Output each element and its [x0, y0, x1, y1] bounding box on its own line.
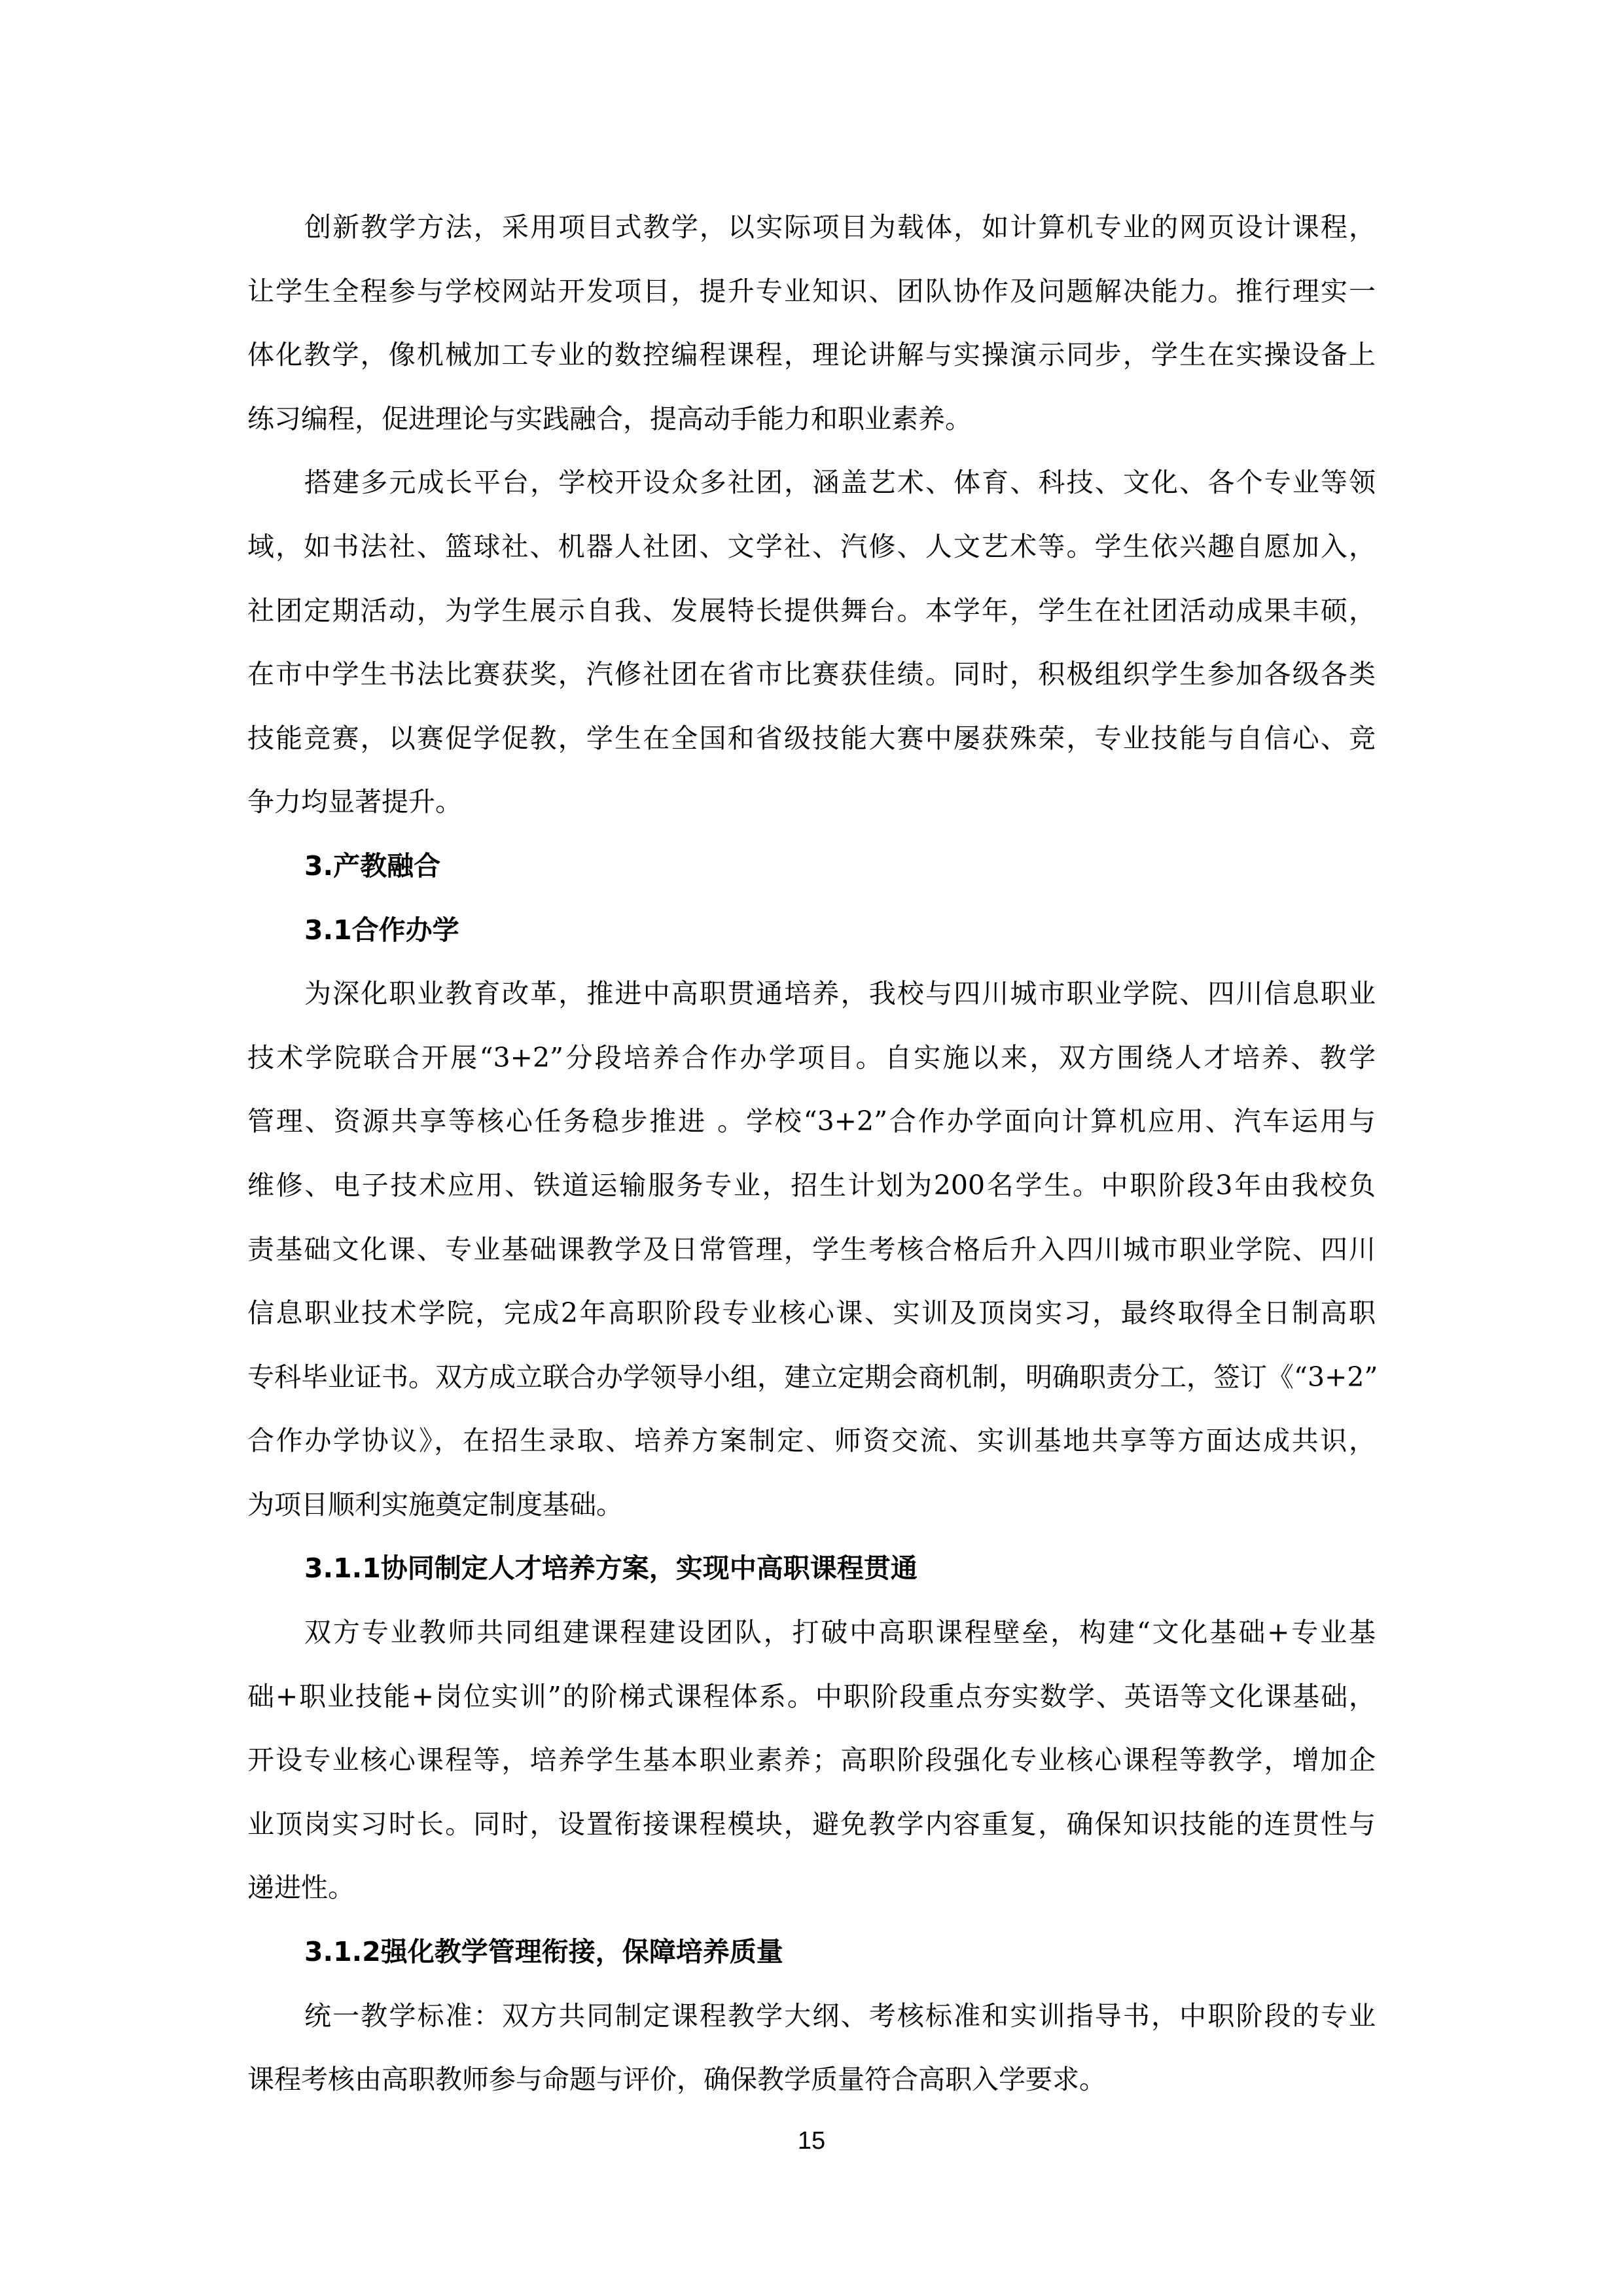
text-line: 管理、资源共享等核心任务稳步推进 。学校“3+2”合作办学面向计算机应用、汽车运…: [247, 1090, 1376, 1154]
text-line: 责基础文化课、专业基础课教学及日常管理，学生考核合格后升入四川城市职业学院、四川: [247, 1218, 1376, 1282]
text-line: 开设专业核心课程等，培养学生基本职业素养；高职阶段强化专业核心课程等教学，增加企: [247, 1729, 1376, 1793]
text-line: 为深化职业教育改革，推进中高职贯通培养，我校与四川城市职业学院、四川信息职业: [247, 962, 1376, 1026]
text-line: 维修、电子技术应用、铁道运输服务专业，招生计划为200名学生。中职阶段3年由我校…: [247, 1154, 1376, 1218]
text-line: 域，如书法社、篮球社、机器人社团、文学社、汽修、人文艺术等。学生依兴趣自愿加入，: [247, 515, 1376, 579]
text-line: 搭建多元成长平台，学校开设众多社团，涵盖艺术、体育、科技、文化、各个专业等领: [247, 451, 1376, 515]
text-line: 专科毕业证书。双方成立联合办学领导小组，建立定期会商机制，明确职责分工，签订《“…: [247, 1346, 1376, 1410]
text-line: 合作办学协议》，在招生录取、培养方案制定、师资交流、实训基地共享等方面达成共识，: [247, 1409, 1376, 1473]
paragraph-teaching-methods: 创新教学方法，采用项目式教学，以实际项目为载体，如计算机专业的网页设计课程， 让…: [247, 196, 1376, 451]
text-line: 递进性。: [247, 1856, 1376, 1920]
text-line: 信息职业技术学院，完成2年高职阶段专业核心课、实训及顶岗实习，最终取得全日制高职: [247, 1282, 1376, 1346]
text-line: 社团定期活动，为学生展示自我、发展特长提供舞台。本学年，学生在社团活动成果丰硕，: [247, 579, 1376, 643]
text-line: 课程考核由高职教师参与命题与评价，确保教学质量符合高职入学要求。: [247, 2048, 1376, 2112]
text-line: 技能竞赛，以赛促学促教，学生在全国和省级技能大赛中屡获殊荣，专业技能与自信心、竞: [247, 707, 1376, 771]
text-line: 创新教学方法，采用项目式教学，以实际项目为载体，如计算机专业的网页设计课程，: [247, 196, 1376, 260]
text-line: 统一教学标准：双方共同制定课程教学大纲、考核标准和实训指导书，中职阶段的专业: [247, 1984, 1376, 2049]
text-line: 让学生全程参与学校网站开发项目，提升专业知识、团队协作及问题解决能力。推行理实一: [247, 260, 1376, 324]
text-line: 础+职业技能+岗位实训”的阶梯式课程体系。中职阶段重点夯实数学、英语等文化课基础…: [247, 1665, 1376, 1729]
section-heading-3: 3.产教融合: [247, 834, 1376, 899]
section-heading-3-1-1: 3.1.1协同制定人才培养方案，实现中高职课程贯通: [247, 1537, 1376, 1601]
section-heading-3-1: 3.1合作办学: [247, 899, 1376, 963]
section-heading-3-1-2: 3.1.2强化教学管理衔接，保障培养质量: [247, 1920, 1376, 1984]
body-text: 创新教学方法，采用项目式教学，以实际项目为载体，如计算机专业的网页设计课程， 让…: [247, 196, 1376, 2112]
page-number: 15: [0, 2127, 1623, 2155]
text-line: 技术学院联合开展“3+2”分段培养合作办学项目。自实施以来，双方围绕人才培养、教…: [247, 1026, 1376, 1090]
paragraph-growth-platform: 搭建多元成长平台，学校开设众多社团，涵盖艺术、体育、科技、文化、各个专业等领 域…: [247, 451, 1376, 834]
text-line: 为项目顺利实施奠定制度基础。: [247, 1473, 1376, 1537]
text-line: 练习编程，促进理论与实践融合，提高动手能力和职业素养。: [247, 387, 1376, 452]
text-line: 体化教学，像机械加工专业的数控编程课程，理论讲解与实操演示同步，学生在实操设备上: [247, 323, 1376, 387]
text-line: 双方专业教师共同组建课程建设团队，打破中高职课程壁垒，构建“文化基础+专业基: [247, 1601, 1376, 1665]
paragraph-teaching-standards: 统一教学标准：双方共同制定课程教学大纲、考核标准和实训指导书，中职阶段的专业 课…: [247, 1984, 1376, 2112]
text-line: 在市中学生书法比赛获奖，汽修社团在省市比赛获佳绩。同时，积极组织学生参加各级各类: [247, 643, 1376, 707]
paragraph-curriculum-plan: 双方专业教师共同组建课程建设团队，打破中高职课程壁垒，构建“文化基础+专业基 础…: [247, 1601, 1376, 1920]
document-page: 创新教学方法，采用项目式教学，以实际项目为载体，如计算机专业的网页设计课程， 让…: [0, 0, 1623, 2296]
text-line: 业顶岗实习时长。同时，设置衔接课程模块，避免教学内容重复，确保知识技能的连贯性与: [247, 1793, 1376, 1857]
text-line: 争力均显著提升。: [247, 770, 1376, 834]
paragraph-cooperative-schooling: 为深化职业教育改革，推进中高职贯通培养，我校与四川城市职业学院、四川信息职业 技…: [247, 962, 1376, 1537]
